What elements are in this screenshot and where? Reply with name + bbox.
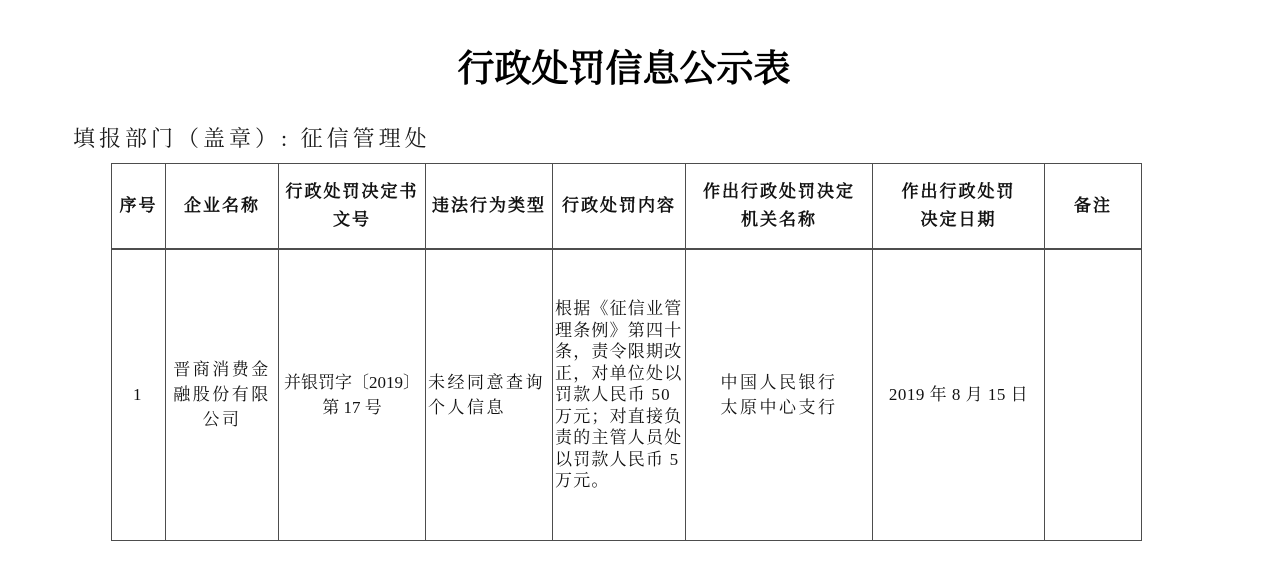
header-authority-name: 作出行政处罚决定 机关名称: [686, 164, 873, 249]
table-row: 1 晋商消费金 融股份有限 公司 并银罚字〔2019〕 第 17 号 未经同意查…: [112, 249, 1142, 541]
cell-decision-doc-no: 并银罚字〔2019〕 第 17 号: [279, 249, 426, 541]
header-violation-type: 违法行为类型: [426, 164, 553, 249]
page-title: 行政处罚信息公示表: [0, 46, 1248, 92]
header-decision-date: 作出行政处罚 决定日期: [873, 164, 1045, 249]
header-penalty-content: 行政处罚内容: [553, 164, 686, 249]
cell-authority-name: 中国人民银行 太原中心支行: [686, 249, 873, 541]
reporting-department-line: 填报部门（盖章）: 征信管理处: [73, 124, 431, 154]
header-seq: 序号: [112, 164, 166, 249]
header-row: 序号 企业名称 行政处罚决定书 文号 违法行为类型 行政处罚内容 作出行政处罚决…: [112, 164, 1142, 249]
cell-company-name: 晋商消费金 融股份有限 公司: [166, 249, 279, 541]
cell-penalty-content: 根据《征信业管 理条例》第四十 条，责令限期改 正，对单位处以 罚款人民币 50…: [553, 249, 686, 541]
penalty-table: 序号 企业名称 行政处罚决定书 文号 违法行为类型 行政处罚内容 作出行政处罚决…: [111, 163, 1142, 541]
header-company-name: 企业名称: [166, 164, 279, 249]
cell-decision-date: 2019 年 8 月 15 日: [873, 249, 1045, 541]
header-remarks: 备注: [1045, 164, 1142, 249]
header-decision-doc-no: 行政处罚决定书 文号: [279, 164, 426, 249]
cell-violation-type: 未经同意查询 个人信息: [426, 249, 553, 541]
cell-remarks: [1045, 249, 1142, 541]
cell-seq: 1: [112, 249, 166, 541]
